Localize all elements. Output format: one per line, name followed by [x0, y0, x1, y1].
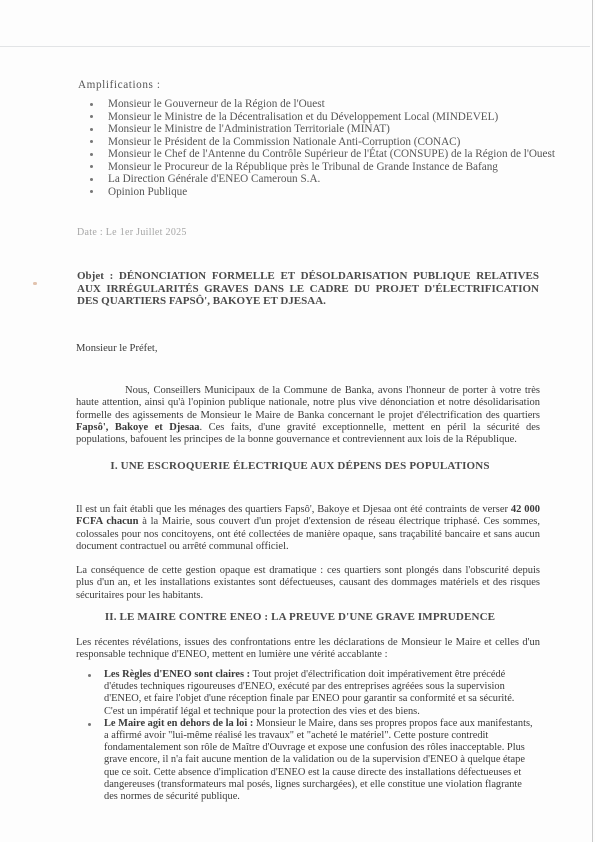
section1-paragraph-1: Il est un fait établi que les ménages de… [76, 504, 540, 553]
bullet-icon [90, 153, 93, 156]
recipient-item: Monsieur le Procureur de la République p… [88, 161, 555, 174]
recipient-item: Monsieur le Gouverneur de la Région de l… [88, 98, 555, 111]
letter-date: Date : Le 1er Juillet 2025 [77, 227, 187, 238]
salutation: Monsieur le Préfet, [76, 343, 158, 354]
section1-paragraph-2: La conséquence de cette gestion opaque e… [76, 565, 540, 602]
amplifications-title: Amplifications : [78, 79, 161, 91]
section-heading-1: I. UNE ESCROQUERIE ÉLECTRIQUE AUX DÉPENS… [60, 460, 540, 472]
scan-artifact-line [0, 46, 590, 47]
section2-intro: Les récentes révélations, issues des con… [76, 637, 540, 662]
scan-page-edge [592, 0, 593, 842]
recipient-item: Monsieur le Chef de l'Antenne du Contrôl… [88, 148, 555, 161]
bullet-icon [90, 178, 93, 181]
bullet-icon [90, 165, 93, 168]
point-item: Les Règles d'ENEO sont claires : Tout pr… [86, 669, 536, 718]
bullet-icon [88, 723, 91, 726]
section-heading-2: II. LE MAIRE CONTRE ENEO : LA PREUVE D'U… [60, 611, 540, 623]
amplifications-list: Monsieur le Gouverneur de la Région de l… [88, 98, 555, 198]
recipient-item: Monsieur le Ministre de l'Administration… [88, 123, 555, 136]
bullet-icon [88, 674, 91, 677]
bullet-icon [90, 103, 93, 106]
section2-points: Les Règles d'ENEO sont claires : Tout pr… [86, 669, 536, 803]
bullet-icon [90, 115, 93, 118]
point-item: Le Maire agit en dehors de la loi : Mons… [86, 718, 536, 803]
recipient-item: Monsieur le Ministre de la Décentralisat… [88, 111, 555, 124]
recipient-item: La Direction Générale d'ENEO Cameroun S.… [88, 173, 555, 186]
bullet-icon [90, 190, 93, 193]
recipient-item: Opinion Publique [88, 186, 555, 199]
bullet-icon [90, 140, 93, 143]
bullet-icon [90, 128, 93, 131]
scan-speck [33, 282, 37, 285]
intro-paragraph: Nous, Conseillers Municipaux de la Commu… [76, 385, 540, 446]
document-page: Amplifications : Monsieur le Gouverneur … [0, 0, 595, 842]
recipient-item: Monsieur le Président de la Commission N… [88, 136, 555, 149]
letter-subject: Objet : DÉNONCIATION FORMELLE ET DÉSOLDA… [77, 270, 539, 308]
